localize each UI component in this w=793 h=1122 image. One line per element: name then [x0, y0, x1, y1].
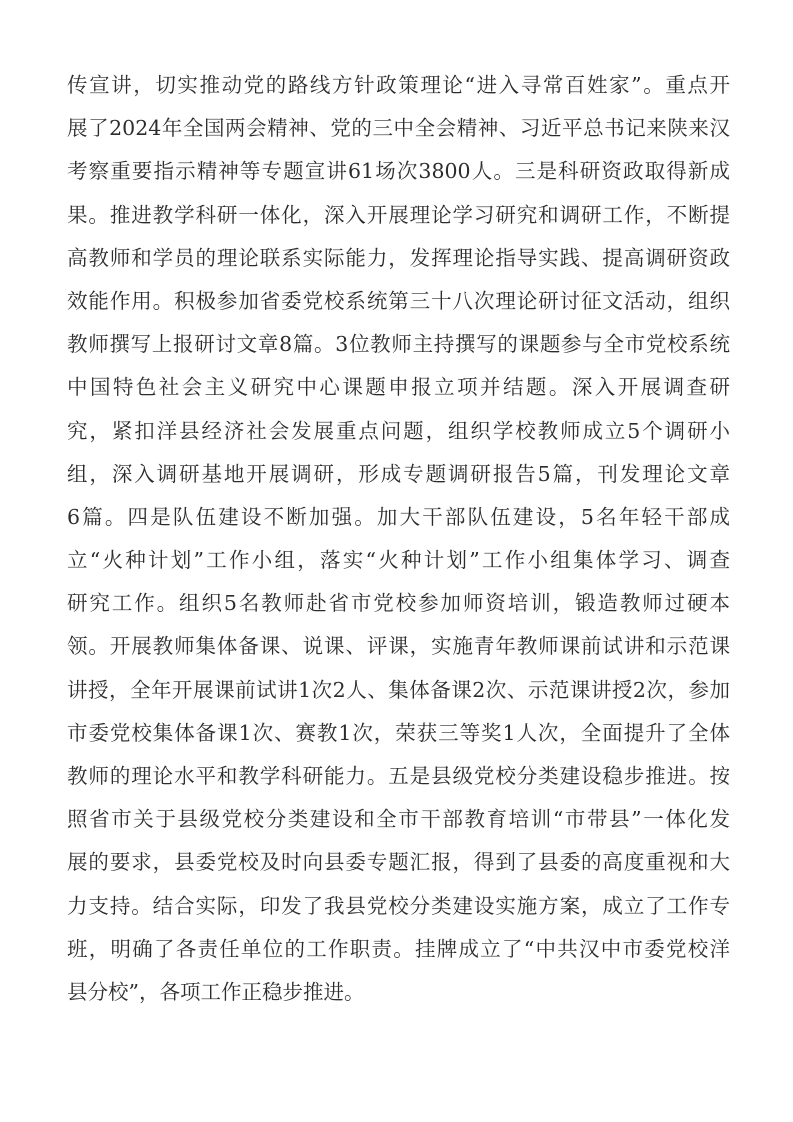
text-line: 照省市关于县级党校分类建设和全市干部教育培训“市带县”一体化发 [67, 798, 730, 841]
text-line: 力支持。结合实际，印发了我县党校分类建设实施方案，成立了工作专 [67, 885, 730, 928]
text-line: 班，明确了各责任单位的工作职责。挂牌成立了“中共汉中市委党校洋 [67, 928, 730, 971]
text-line: 市委党校集体备课1次、赛教1次，荣获三等奖1人次，全面提升了全体 [67, 712, 730, 755]
text-line: 教师撰写上报研讨文章8篇。3位教师主持撰写的课题参与全市党校系统 [67, 323, 730, 366]
text-line: 考察重要指示精神等专题宣讲61场次3800人。三是科研资政取得新成 [67, 150, 730, 193]
text-line: 县分校”，各项工作正稳步推进。 [67, 971, 730, 1014]
text-line: 教师的理论水平和教学科研能力。五是县级党校分类建设稳步推进。按 [67, 755, 730, 798]
document-body-text: 传宣讲，切实推动党的路线方针政策理论“进入寻常百姓家”。重点开展了2024年全国… [67, 64, 730, 1014]
text-line: 究，紧扣洋县经济社会发展重点问题，组织学校教师成立5个调研小 [67, 410, 730, 453]
text-line: 高教师和学员的理论联系实际能力，发挥理论指导实践、提高调研资政 [67, 237, 730, 280]
text-line: 讲授，全年开展课前试讲1次2人、集体备课2次、示范课讲授2次，参加 [67, 669, 730, 712]
text-line: 展的要求，县委党校及时向县委专题汇报，得到了县委的高度重视和大 [67, 841, 730, 884]
text-line: 中国特色社会主义研究中心课题申报立项并结题。深入开展调查研 [67, 366, 730, 409]
text-line: 果。推进教学科研一体化，深入开展理论学习研究和调研工作，不断提 [67, 194, 730, 237]
text-line: 展了2024年全国两会精神、党的三中全会精神、习近平总书记来陕来汉 [67, 107, 730, 150]
text-line: 6篇。四是队伍建设不断加强。加大干部队伍建设，5名年轻干部成 [67, 496, 730, 539]
document-page: 传宣讲，切实推动党的路线方针政策理论“进入寻常百姓家”。重点开展了2024年全国… [0, 0, 793, 1122]
text-line: 传宣讲，切实推动党的路线方针政策理论“进入寻常百姓家”。重点开 [67, 64, 730, 107]
text-line: 效能作用。积极参加省委党校系统第三十八次理论研讨征文活动，组织 [67, 280, 730, 323]
text-line: 组，深入调研基地开展调研，形成专题调研报告5篇，刊发理论文章 [67, 453, 730, 496]
text-line: 研究工作。组织5名教师赴省市党校参加师资培训，锻造教师过硬本 [67, 582, 730, 625]
text-line: 领。开展教师集体备课、说课、评课，实施青年教师课前试讲和示范课 [67, 625, 730, 668]
text-line: 立“火种计划”工作小组，落实“火种计划”工作小组集体学习、调查 [67, 539, 730, 582]
